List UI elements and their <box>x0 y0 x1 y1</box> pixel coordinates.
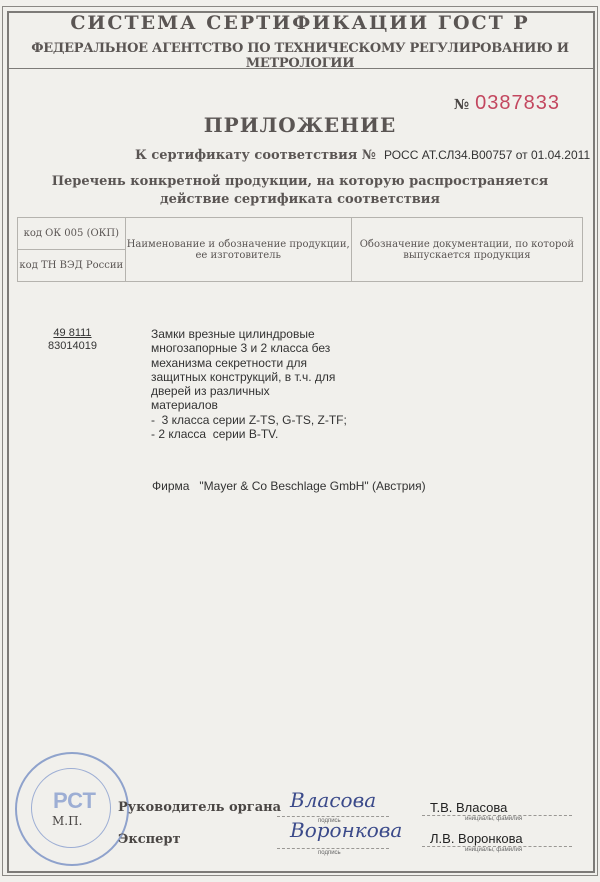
number-label: № <box>454 97 469 113</box>
appendix-subtitle: Перечень конкретной продукции, на котору… <box>0 173 600 209</box>
header-divider <box>9 68 593 69</box>
expert-name-caption: инициалы, фамилия <box>465 847 522 853</box>
head-name-caption: инициалы, фамилия <box>465 816 522 822</box>
expert-signature-line <box>277 848 389 849</box>
expert-name: Л.В. Воронкова <box>430 831 523 846</box>
agency-title: ФЕДЕРАЛЬНОЕ АГЕНТСТВО ПО ТЕХНИЧЕСКОМУ РЕ… <box>0 41 600 71</box>
head-label: Руководитель органа <box>118 800 281 815</box>
expert-signature-caption: подпись <box>318 850 341 856</box>
head-name: Т.В. Власова <box>430 800 507 815</box>
head-signature-line <box>277 816 389 817</box>
product-table-header: код ОК 005 (ОКП) Наименование и обозначе… <box>17 217 583 282</box>
tnved-code-header: код ТН ВЭД России <box>18 250 126 282</box>
rst-logo-icon: РСТ <box>53 788 96 814</box>
cert-value: РОСС AT.СЛ34.В00757 от 01.04.2011 <box>384 148 590 162</box>
manufacturer: Фирма "Mayer & Co Beschlage GmbH" (Австр… <box>152 479 426 493</box>
inner-frame <box>7 11 595 873</box>
number-value: 0387833 <box>475 92 560 114</box>
certificate-reference: К сертификату соответствия №РОСС AT.СЛ34… <box>135 148 590 163</box>
expert-signature: Воронкова <box>290 818 402 842</box>
expert-label: Эксперт <box>118 832 181 847</box>
documentation-header: Обозначение документации, по которой вып… <box>351 218 582 282</box>
okp-code: 49 8111 <box>48 327 97 340</box>
official-stamp: РСТ <box>15 752 129 866</box>
okp-code-header: код ОК 005 (ОКП) <box>18 218 126 250</box>
product-name-header: Наименование и обозначение продукции, ее… <box>125 218 351 282</box>
cert-label: К сертификату соответствия № <box>135 148 376 163</box>
product-codes: 49 8111 83014019 <box>48 327 97 353</box>
stamp-mark: М.П. <box>52 814 82 828</box>
subtitle-line: действие сертификата соответствия <box>0 191 600 209</box>
subtitle-line: Перечень конкретной продукции, на котору… <box>0 173 600 191</box>
tnved-code: 83014019 <box>48 340 97 353</box>
head-signature: Власова <box>290 788 376 812</box>
appendix-title: ПРИЛОЖЕНИЕ <box>0 113 600 137</box>
system-title: СИСТЕМА СЕРТИФИКАЦИИ ГОСТ Р <box>0 12 600 34</box>
form-number: №0387833 <box>454 92 560 115</box>
product-description: Замки врезные цилиндровые многозапорные … <box>151 327 347 441</box>
